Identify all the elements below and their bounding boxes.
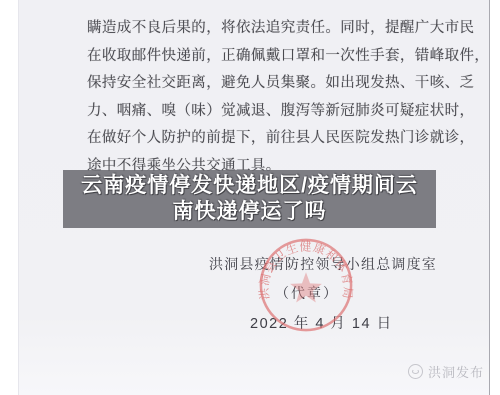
watermark: 洪洞发布 (408, 362, 484, 381)
watermark-logo-icon (408, 364, 423, 379)
document-body-text: 瞒造成不良后果的，将依法追究责任。同时，提醒广大市民 在收取邮件快递前，正确佩戴… (87, 15, 451, 180)
document-line: 瞒造成不良后果的，将依法追究责任。同时，提醒广大市民 (87, 15, 451, 43)
title-line-1: 云南疫情停发快递地区/疫情期间云 (81, 173, 418, 199)
title-banner: 云南疫情停发快递地区/疫情期间云 南快递停运了吗 (63, 170, 436, 228)
document-line: 力、咽痛、嗅（味）觉减退、腹泻等新冠肺炎可疑症状时， (87, 98, 451, 126)
title-line-2: 南快递停运了吗 (173, 199, 327, 225)
signature-date: 2022 年 4 月 14 日 (250, 312, 393, 333)
document-line: 在收取邮件快递前，正确佩戴口罩和一次性手套，错峰取件， (87, 43, 451, 71)
watermark-label: 洪洞发布 (428, 362, 484, 381)
signature-seal-note: （代章） (275, 283, 339, 303)
page-container: 瞒造成不良后果的，将依法追究责任。同时，提醒广大市民 在收取邮件快递前，正确佩戴… (0, 0, 500, 395)
document-line: 在做好个人防护的前提下，前往县人民医院发热门诊就诊， (87, 125, 451, 153)
signature-org: 洪洞县疫情防控领导小组总调度室 (209, 254, 437, 274)
document-line: 保持安全社交距离，避免人员集聚。如出现发热、干咳、乏 (87, 70, 451, 98)
